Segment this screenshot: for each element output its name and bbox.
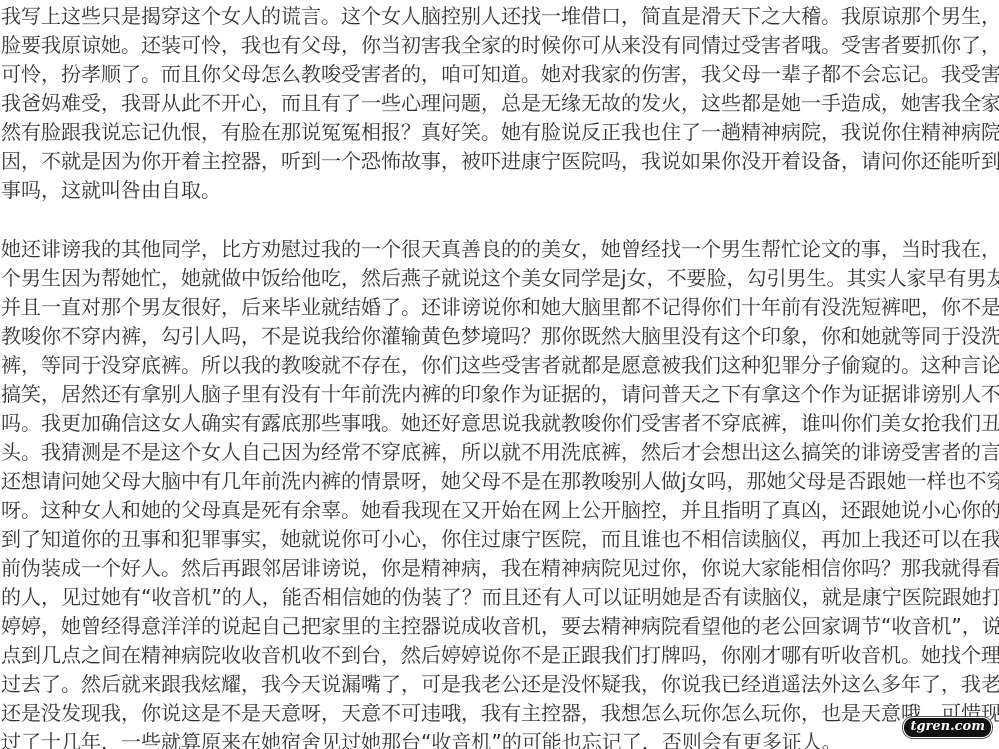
text-line: 我爸妈难受，我哥从此不开心，而且有了一些心理问题，总是无缘无故的发火，这些都是她… xyxy=(0,89,999,118)
text-line: 还是没发现我，你说这是不是天意呀，天意不可违哦，我有主控器，我想怎么玩你怎么玩你… xyxy=(0,699,999,728)
text-line: 头。我猜测是不是这个女人自己因为经常不穿底裤，所以就不用洗底裤，然后才会想出这么… xyxy=(0,438,999,467)
text-line: 过了十几年，一些就算原来在她宿舍见过她那台“收音机”的可能也忘记了，否则会有更多… xyxy=(0,728,999,749)
text-line: 的人，见过她有“收音机”的人，能否相信她的伪装了？而且还有人可以证明她是否有读脑… xyxy=(0,583,999,612)
text-line: 然有脸跟我说忘记仇恨，有脸在那说冤冤相报？真好笑。她有脸说反正我也住了一趟精神病… xyxy=(0,118,999,147)
text-line: 我写上这些只是揭穿这个女人的谎言。这个女人脑控别人还找一堆借口，简直是滑天下之大… xyxy=(0,2,999,31)
text-line: 教唆你不穿内裤，勾引人吗，不是说我给你灌输黄色梦境吗？那你既然大脑里没有这个印象… xyxy=(0,322,999,351)
text-line: 脸要我原谅她。还装可怜，我也有父母，你当初害我全家的时候你可从来没有同情过受害者… xyxy=(0,31,999,60)
text-line: 吗。我更加确信这女人确实有露底那些事哦。她还好意思说我就教唆你们受害者不穿底裤，… xyxy=(0,409,999,438)
text-line: 因，不就是因为你开着主控器，听到一个恐怖故事，被吓进康宁医院吗，我说如果你没开着… xyxy=(0,147,999,176)
text-line: 还想请问她父母大脑中有几年前洗内裤的情景呀，她父母不是在那教唆别人做j女吗，那她… xyxy=(0,467,999,496)
text-line: 个男生因为帮她忙，她就做中饭给他吃，然后燕子就说这个美女同学是j女，不要脸，勾引… xyxy=(0,264,999,293)
text-line: 呀。这种女人和她的父母真是死有余辜。她看我现在又开始在网上公开脑控，并且指明了真… xyxy=(0,496,999,525)
text-line: 前伪装成一个好人。然后再跟邻居诽谤说，你是精神病，我在精神病院见过你，你说大家能… xyxy=(0,554,999,583)
text-line: 过去了。然后就来跟我炫耀，我今天说漏嘴了，可是我老公还是没怀疑我，你说我已经逍遥… xyxy=(0,670,999,699)
watermark-logo: tgren.com xyxy=(904,718,991,737)
text-line: 可怜，扮孝顺了。而且你父母怎么教唆受害者的，咱可知道。她对我家的伤害，我父母一辈… xyxy=(0,60,999,89)
text-line: 婷婷，她曾经得意洋洋的说起自己把家里的主控器说成收音机，要去精神病院看望他的老公… xyxy=(0,612,999,641)
text-line: 到了知道你的丑事和犯罪事实，她就说你可小心，你住过康宁医院，而且谁也不相信读脑仪… xyxy=(0,525,999,554)
text-line: 并且一直对那个男友很好，后来毕业就结婚了。还诽谤说你和她大脑里都不记得你们十年前… xyxy=(0,293,999,322)
paragraph-1: 我写上这些只是揭穿这个女人的谎言。这个女人脑控别人还找一堆借口，简直是滑天下之大… xyxy=(0,2,999,205)
text-line: 她还诽谤我的其他同学，比方劝慰过我的一个很天真善良的的美女，她曾经找一个男生帮忙… xyxy=(0,235,999,264)
text-line: 搞笑，居然还有拿别人脑子里有没有十年前洗内裤的印象作为证据的，请问普天之下有拿这… xyxy=(0,380,999,409)
paragraph-2: 她还诽谤我的其他同学，比方劝慰过我的一个很天真善良的的美女，她曾经找一个男生帮忙… xyxy=(0,235,999,749)
text-line: 裤，等同于没穿底裤。所以我的教唆就不存在，你们这些受害者就都是愿意被我们这种犯罪… xyxy=(0,351,999,380)
text-line: 点到几点之间在精神病院收收音机收不到台，然后婷婷说你不是正跟我们打牌吗，你刚才哪… xyxy=(0,641,999,670)
text-line: 事吗，这就叫咎由自取。 xyxy=(0,176,999,205)
